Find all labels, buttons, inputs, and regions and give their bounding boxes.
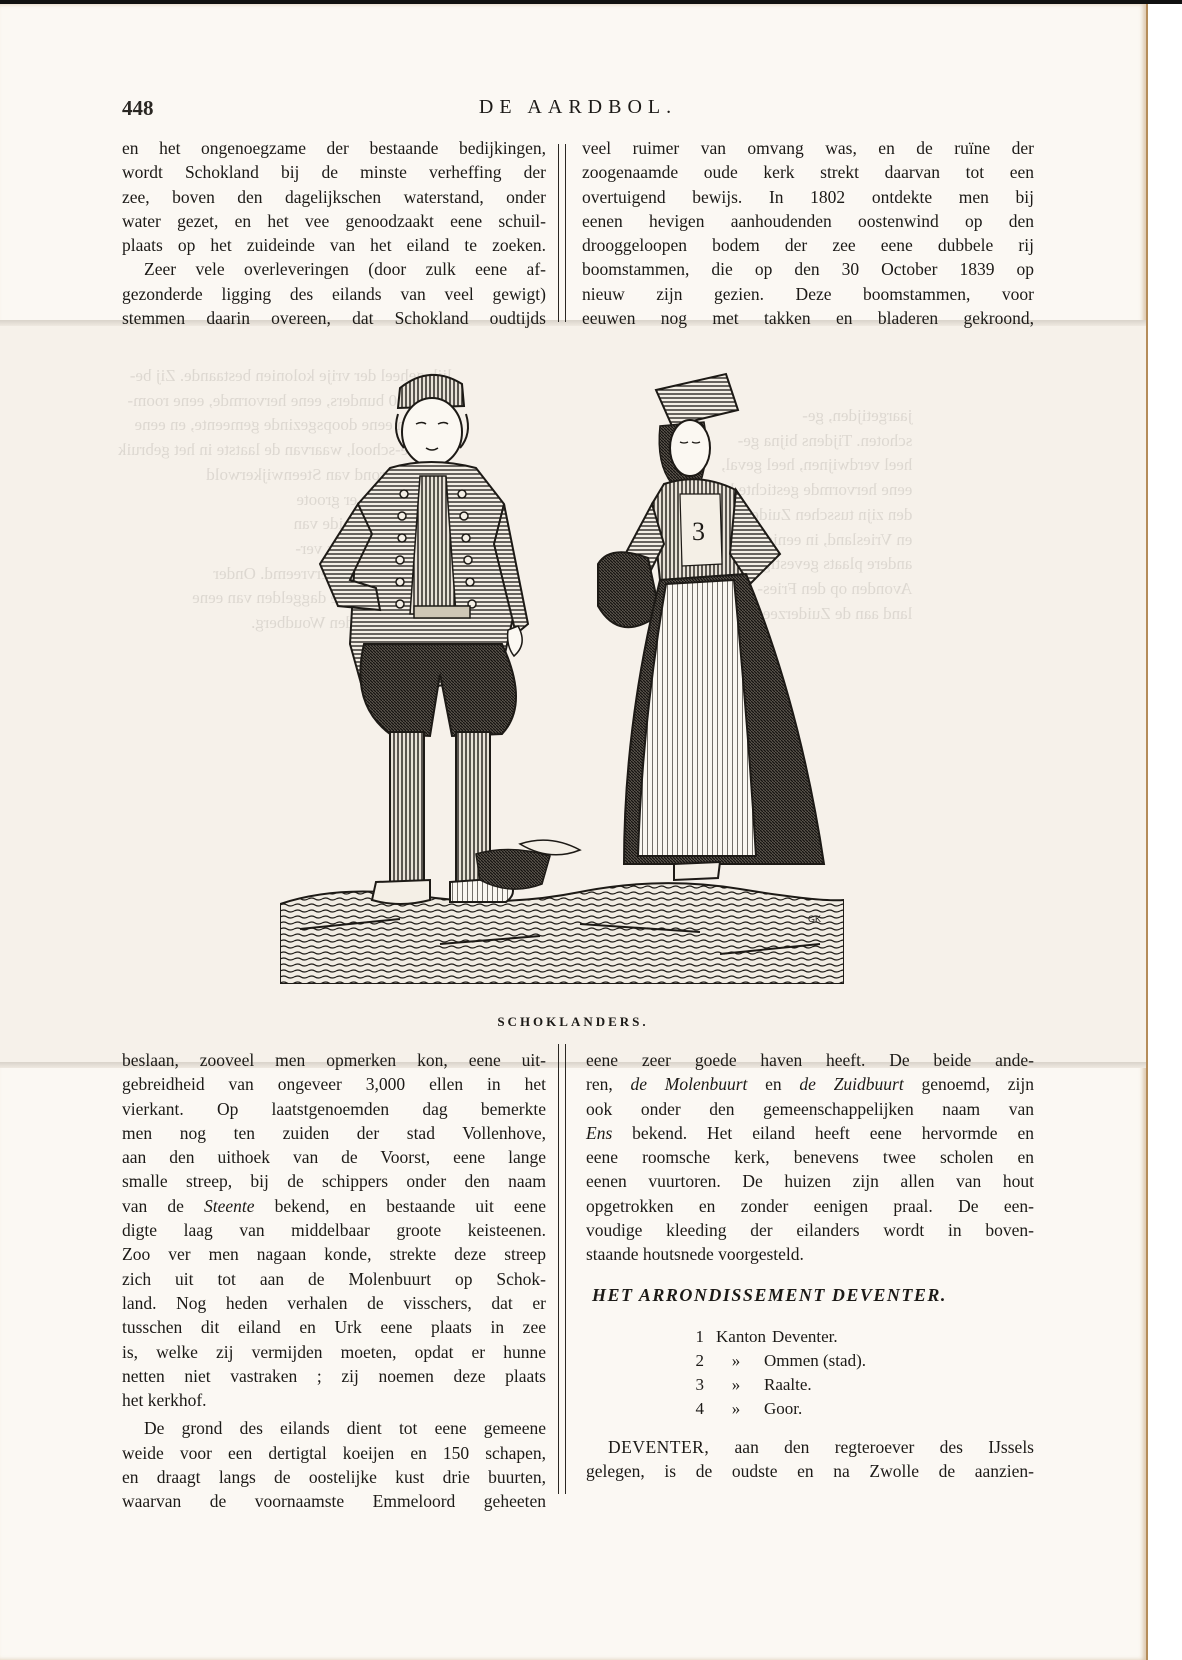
text-line: land. Nog heden verhalen de visschers, d…: [122, 1291, 546, 1315]
text-line: eenen hevigen aanhoudenden oostenwind op…: [582, 209, 1034, 233]
kanton-place: Deventer.: [772, 1325, 838, 1349]
place-name-zuidbuurt: de Zuidbuurt: [799, 1074, 903, 1094]
text-line: netten niet vastraken ; zij noemen deze …: [122, 1364, 546, 1388]
text-line: zich uit tot aan de Molenbuurt op Schok-: [122, 1267, 546, 1291]
text-line: DEVENTER, aan den regteroever des IJssel…: [586, 1435, 1034, 1459]
section-heading: HET ARRONDISSEMENT DEVENTER.: [592, 1283, 1034, 1307]
text-line: eene zeer goede haven heeft. De beide an…: [586, 1048, 1034, 1072]
text-line: digte laag van middelbaar groote keistee…: [122, 1218, 546, 1242]
text-line: drooggeloopen bodem der zee eene dubbele…: [582, 233, 1034, 257]
text-line: vierkant. Op laatstgenoemden dag bemerkt…: [122, 1097, 546, 1121]
kanton-list: 1 Kanton Deventer. 2 » Ommen (stad). 3 »…: [678, 1325, 1034, 1421]
place-name-ens: Ens: [586, 1123, 612, 1143]
text: ren,: [586, 1074, 630, 1094]
woodcut-illustration-schoklanders: 3 GK: [280, 344, 844, 984]
kanton-number: 3: [678, 1373, 716, 1397]
text-line: waarvan de voornaamste Emmeloord geheete…: [122, 1489, 546, 1513]
left-column-bottom: beslaan, zooveel men opmerken kon, eene …: [122, 1048, 546, 1514]
text-line: opgetrokken en zonder eenigen praal. De …: [586, 1194, 1034, 1218]
text-line: Zeer vele overleveringen (door zulk eene…: [122, 257, 546, 281]
text-line: weide voor een dertigtal koeijen en 150 …: [122, 1441, 546, 1465]
right-column-bottom: eene zeer goede haven heeft. De beide an…: [586, 1048, 1034, 1484]
text: en: [747, 1074, 799, 1094]
kanton-place: Goor.: [756, 1397, 802, 1421]
text-line: Zoo ver men nagaan konde, strekte deze s…: [122, 1242, 546, 1266]
text-line: eene roomsche kerk, benevens twee schole…: [586, 1145, 1034, 1169]
text-line: ook onder den gemeenschappelijken naam v…: [586, 1097, 1034, 1121]
text-line: gebreidheid van ongeveer 3,000 ellen in …: [122, 1072, 546, 1096]
text-line: is, welke zij vermijden moeten, opdat er…: [122, 1340, 546, 1364]
text-line: het kerkhof.: [122, 1388, 546, 1412]
text-line: aan den uithoek van de Voorst, eene lang…: [122, 1145, 546, 1169]
place-name-molenbuurt: de Molenbuurt: [630, 1074, 747, 1094]
right-column-top: veel ruimer van omvang was, en de ruïne …: [582, 136, 1034, 330]
text-line: boomstammen, die op den 30 October 1839 …: [582, 257, 1034, 281]
list-item: 4 » Goor.: [678, 1397, 1034, 1421]
text-line: wordt Schokland bij de minste verheffing…: [122, 160, 546, 184]
running-head: 448 DE AARDBOL.: [122, 96, 1034, 122]
text-line: plaats op het zuideinde van het eiland t…: [122, 233, 546, 257]
kanton-number: 2: [678, 1349, 716, 1373]
text-line: De grond des eilands dient tot eene geme…: [122, 1416, 546, 1440]
text-line: gezonderde ligging des eilands van veel …: [122, 282, 546, 306]
text: aan den regteroever des IJssels: [709, 1437, 1034, 1457]
ditto-mark: »: [716, 1373, 756, 1397]
text-line: tusschen dit eiland en Urk eene plaats i…: [122, 1315, 546, 1339]
book-page: lijk geheel der vrije kolonien bestaande…: [0, 4, 1148, 1660]
text-line: stemmen daarin overeen, dat Schokland ou…: [122, 306, 546, 330]
paragraph: DEVENTER, aan den regteroever des IJssel…: [586, 1435, 1034, 1484]
text-line-with-italic: van de Steente bekend, en bestaande uit …: [122, 1194, 546, 1218]
text: bekend. Het eiland heeft eene hervormde …: [612, 1123, 1034, 1143]
svg-text:3: 3: [692, 517, 705, 546]
left-column-top: en het ongenoegzame der bestaande bedijk…: [122, 136, 546, 330]
kanton-place: Raalte.: [756, 1373, 812, 1397]
illustration-caption: SCHOKLANDERS.: [0, 1014, 1146, 1030]
text-line: zoogenaamde oude kerk strekt daarvan tot…: [582, 160, 1034, 184]
paragraph: eene zeer goede haven heeft. De beide an…: [586, 1048, 1034, 1267]
text-line: staande houtsnede voorgesteld.: [586, 1242, 1034, 1266]
text-line: ren, de Molenbuurt en de Zuidbuurt genoe…: [586, 1072, 1034, 1096]
place-name-steente: Steente: [204, 1196, 255, 1216]
header-title: DE AARDBOL.: [122, 96, 1034, 119]
paragraph: De grond des eilands dient tot eene geme…: [122, 1416, 546, 1513]
text-line: water gezet, en het vee genoodzaakt eene…: [122, 209, 546, 233]
text-line: voudige kleeding der eilanders wordt in …: [586, 1218, 1034, 1242]
text-line: Ens bekend. Het eiland heeft eene hervor…: [586, 1121, 1034, 1145]
artist-mark: GK: [808, 914, 821, 924]
text-line: veel ruimer van omvang was, en de ruïne …: [582, 136, 1034, 160]
kanton-label: Kanton: [716, 1325, 772, 1349]
text-line: eenen vuurtoren. De huizen zijn allen va…: [586, 1169, 1034, 1193]
text-line: nieuw zijn gezien. Deze boomstammen, voo…: [582, 282, 1034, 306]
text: genoemd, zijn: [904, 1074, 1034, 1094]
text-line: gelegen, is de oudste en na Zwolle de aa…: [586, 1459, 1034, 1483]
ditto-mark: »: [716, 1397, 756, 1421]
kanton-number: 4: [678, 1397, 716, 1421]
list-item: 3 » Raalte.: [678, 1373, 1034, 1397]
kanton-place: Ommen (stad).: [756, 1349, 866, 1373]
city-name-deventer: DEVENTER,: [608, 1437, 709, 1457]
text-line: men nog ten zuiden der stad Vollenhove,: [122, 1121, 546, 1145]
text-line: beslaan, zooveel men opmerken kon, eene …: [122, 1048, 546, 1072]
paragraph: beslaan, zooveel men opmerken kon, eene …: [122, 1048, 546, 1412]
text-line: eeuwen nog met takken en bladeren gekroo…: [582, 306, 1034, 330]
list-item: 1 Kanton Deventer.: [678, 1325, 1034, 1349]
text-line: zee, boven den dagelijkschen waterstand,…: [122, 185, 546, 209]
woman-figure: 3: [598, 374, 824, 880]
list-item: 2 » Ommen (stad).: [678, 1349, 1034, 1373]
man-figure: [320, 375, 528, 904]
column-divider-bottom: [558, 1044, 566, 1494]
text-line: en het ongenoegzame der bestaande bedijk…: [122, 136, 546, 160]
text-line: smalle streep, bij de schippers onder de…: [122, 1169, 546, 1193]
fish-on-ground: [476, 840, 580, 889]
text-line: overtuigend bewijs. In 1802 ontdekte men…: [582, 185, 1034, 209]
text-line: en draagt langs de oostelijke kust drie …: [122, 1465, 546, 1489]
ditto-mark: »: [716, 1349, 756, 1373]
kanton-number: 1: [678, 1325, 716, 1349]
column-divider-top: [558, 144, 566, 322]
